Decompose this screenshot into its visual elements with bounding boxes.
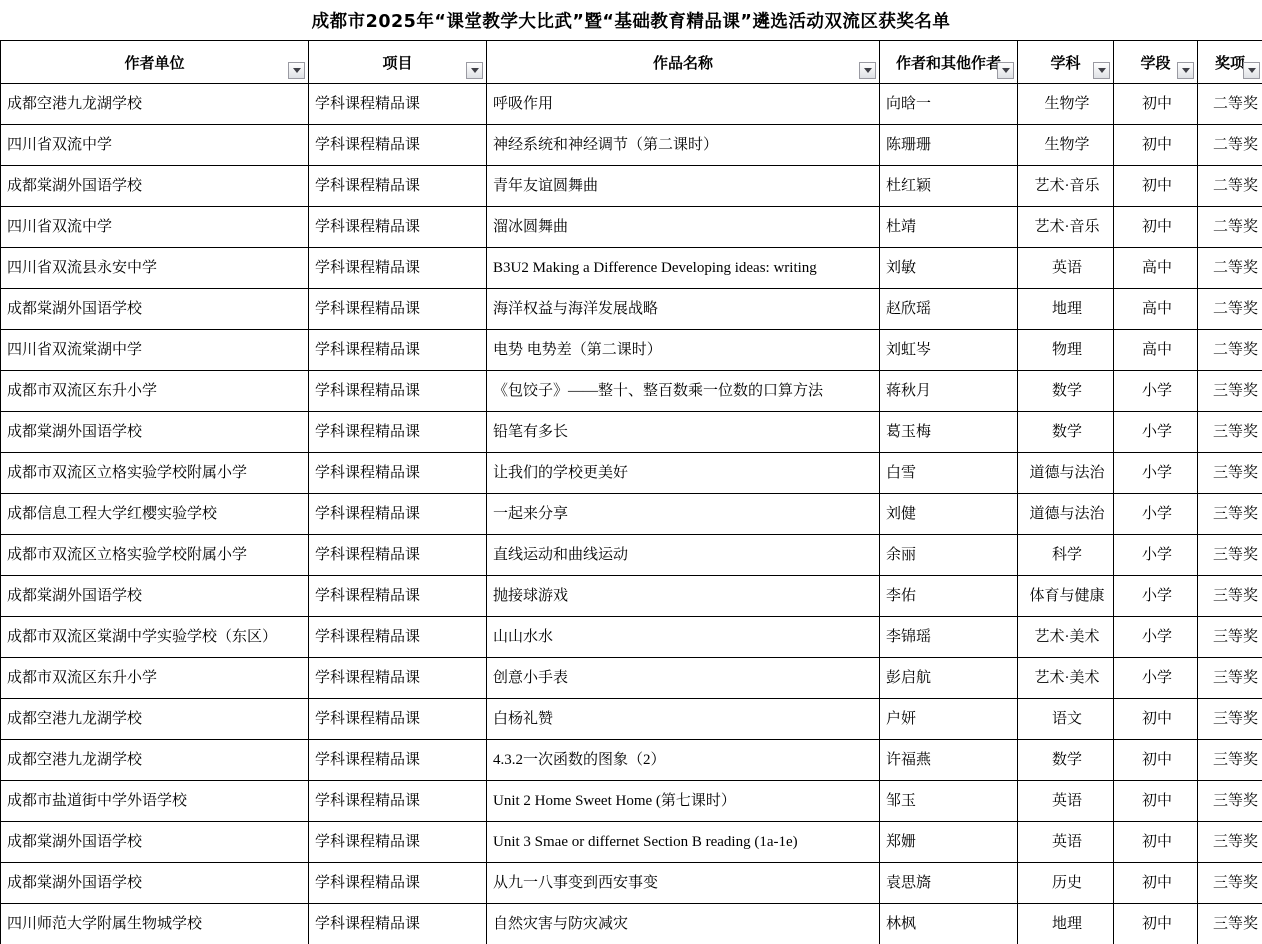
cell-stage[interactable]: 小学 bbox=[1114, 412, 1198, 453]
cell-subject[interactable]: 地理 bbox=[1018, 904, 1114, 944]
cell-project[interactable]: 学科课程精品课 bbox=[309, 576, 487, 617]
cell-author-unit[interactable]: 四川省双流棠湖中学 bbox=[1, 330, 309, 371]
cell-authors[interactable]: 葛玉梅 bbox=[880, 412, 1018, 453]
cell-award[interactable]: 三等奖 bbox=[1198, 535, 1262, 576]
awards-table: 作者单位 项目 作品名称 作者和其他作者 学科 bbox=[0, 40, 1262, 944]
cell-work-title[interactable]: B3U2 Making a Difference Developing idea… bbox=[487, 248, 880, 289]
cell-authors[interactable]: 邹玉 bbox=[880, 781, 1018, 822]
cell-project[interactable]: 学科课程精品课 bbox=[309, 248, 487, 289]
cell-work-title[interactable]: 一起来分享 bbox=[487, 494, 880, 535]
cell-author-unit[interactable]: 成都棠湖外国语学校 bbox=[1, 822, 309, 863]
cell-project[interactable]: 学科课程精品课 bbox=[309, 658, 487, 699]
cell-work-title[interactable]: Unit 2 Home Sweet Home (第七课时） bbox=[487, 781, 880, 822]
cell-subject[interactable]: 生物学 bbox=[1018, 84, 1114, 125]
cell-award[interactable]: 三等奖 bbox=[1198, 740, 1262, 781]
cell-stage[interactable]: 高中 bbox=[1114, 289, 1198, 330]
cell-stage[interactable]: 初中 bbox=[1114, 781, 1198, 822]
cell-subject[interactable]: 英语 bbox=[1018, 822, 1114, 863]
cell-author-unit[interactable]: 成都棠湖外国语学校 bbox=[1, 166, 309, 207]
cell-subject[interactable]: 物理 bbox=[1018, 330, 1114, 371]
table-row: 成都空港九龙湖学校学科课程精品课呼吸作用向晗一生物学初中二等奖 bbox=[1, 84, 1262, 125]
cell-author-unit[interactable]: 成都空港九龙湖学校 bbox=[1, 84, 309, 125]
cell-authors[interactable]: 刘敏 bbox=[880, 248, 1018, 289]
cell-award[interactable]: 二等奖 bbox=[1198, 84, 1262, 125]
cell-award[interactable]: 三等奖 bbox=[1198, 371, 1262, 412]
cell-project[interactable]: 学科课程精品课 bbox=[309, 822, 487, 863]
cell-subject[interactable]: 地理 bbox=[1018, 289, 1114, 330]
cell-authors[interactable]: 彭启航 bbox=[880, 658, 1018, 699]
cell-stage[interactable]: 初中 bbox=[1114, 822, 1198, 863]
cell-project[interactable]: 学科课程精品课 bbox=[309, 494, 487, 535]
table-row: 成都市盐道街中学外语学校学科课程精品课Unit 2 Home Sweet Hom… bbox=[1, 781, 1262, 822]
table-row: 成都棠湖外国语学校学科课程精品课铅笔有多长葛玉梅数学小学三等奖 bbox=[1, 412, 1262, 453]
cell-project[interactable]: 学科课程精品课 bbox=[309, 617, 487, 658]
cell-project[interactable]: 学科课程精品课 bbox=[309, 412, 487, 453]
cell-authors[interactable]: 余丽 bbox=[880, 535, 1018, 576]
cell-award[interactable]: 三等奖 bbox=[1198, 699, 1262, 740]
cell-subject[interactable]: 历史 bbox=[1018, 863, 1114, 904]
column-header-work-title[interactable]: 作品名称 bbox=[487, 41, 880, 84]
table-row: 四川省双流中学学科课程精品课神经系统和神经调节（第二课时）陈珊珊生物学初中二等奖 bbox=[1, 125, 1262, 166]
table-row: 成都市双流区东升小学学科课程精品课创意小手表彭启航艺术·美术小学三等奖 bbox=[1, 658, 1262, 699]
cell-award[interactable]: 三等奖 bbox=[1198, 412, 1262, 453]
cell-award[interactable]: 三等奖 bbox=[1198, 453, 1262, 494]
cell-work-title[interactable]: 呼吸作用 bbox=[487, 84, 880, 125]
cell-project[interactable]: 学科课程精品课 bbox=[309, 330, 487, 371]
filter-button[interactable] bbox=[997, 62, 1014, 79]
cell-author-unit[interactable]: 成都棠湖外国语学校 bbox=[1, 289, 309, 330]
table-row: 四川省双流中学学科课程精品课溜冰圆舞曲杜靖艺术·音乐初中二等奖 bbox=[1, 207, 1262, 248]
cell-authors[interactable]: 郑姗 bbox=[880, 822, 1018, 863]
cell-author-unit[interactable]: 成都信息工程大学红樱实验学校 bbox=[1, 494, 309, 535]
cell-stage[interactable]: 初中 bbox=[1114, 207, 1198, 248]
column-header-label: 项目 bbox=[382, 54, 412, 72]
cell-work-title[interactable]: Unit 3 Smae or differnet Section B readi… bbox=[487, 822, 880, 863]
cell-subject[interactable]: 生物学 bbox=[1018, 125, 1114, 166]
column-header-label: 作者和其他作者 bbox=[896, 54, 1001, 72]
cell-subject[interactable]: 艺术·美术 bbox=[1018, 658, 1114, 699]
cell-authors[interactable]: 赵欣瑶 bbox=[880, 289, 1018, 330]
cell-stage[interactable]: 初中 bbox=[1114, 863, 1198, 904]
filter-button[interactable] bbox=[1177, 62, 1194, 79]
cell-author-unit[interactable]: 四川省双流县永安中学 bbox=[1, 248, 309, 289]
cell-subject[interactable]: 数学 bbox=[1018, 740, 1114, 781]
cell-work-title[interactable]: 青年友谊圆舞曲 bbox=[487, 166, 880, 207]
cell-work-title[interactable]: 神经系统和神经调节（第二课时） bbox=[487, 125, 880, 166]
cell-project[interactable]: 学科课程精品课 bbox=[309, 371, 487, 412]
cell-work-title[interactable]: 4.3.2一次函数的图象（2） bbox=[487, 740, 880, 781]
cell-authors[interactable]: 李锦瑶 bbox=[880, 617, 1018, 658]
cell-work-title[interactable]: 电势 电势差（第二课时） bbox=[487, 330, 880, 371]
table-row: 成都市双流区立格实验学校附属小学学科课程精品课让我们的学校更美好白雪道德与法治小… bbox=[1, 453, 1262, 494]
cell-stage[interactable]: 小学 bbox=[1114, 371, 1198, 412]
filter-button[interactable] bbox=[1243, 62, 1260, 79]
cell-authors[interactable]: 刘虹岑 bbox=[880, 330, 1018, 371]
cell-project[interactable]: 学科课程精品课 bbox=[309, 699, 487, 740]
column-header-label: 作者单位 bbox=[124, 54, 184, 72]
table-row: 成都市双流区棠湖中学实验学校（东区）学科课程精品课山山水水李锦瑶艺术·美术小学三… bbox=[1, 617, 1262, 658]
filter-dropdown-icon bbox=[1248, 68, 1256, 73]
cell-stage[interactable]: 初中 bbox=[1114, 125, 1198, 166]
cell-author-unit[interactable]: 成都空港九龙湖学校 bbox=[1, 699, 309, 740]
cell-work-title[interactable]: 海洋权益与海洋发展战略 bbox=[487, 289, 880, 330]
cell-award[interactable]: 三等奖 bbox=[1198, 658, 1262, 699]
cell-subject[interactable]: 英语 bbox=[1018, 248, 1114, 289]
filter-button[interactable] bbox=[1093, 62, 1110, 79]
cell-authors[interactable]: 户妍 bbox=[880, 699, 1018, 740]
cell-work-title[interactable]: 铅笔有多长 bbox=[487, 412, 880, 453]
filter-dropdown-icon bbox=[1002, 68, 1010, 73]
cell-subject[interactable]: 艺术·音乐 bbox=[1018, 166, 1114, 207]
cell-award[interactable]: 三等奖 bbox=[1198, 617, 1262, 658]
column-header-label: 奖项 bbox=[1215, 54, 1245, 72]
cell-stage[interactable]: 初中 bbox=[1114, 740, 1198, 781]
cell-subject[interactable]: 科学 bbox=[1018, 535, 1114, 576]
table-row: 四川省双流棠湖中学学科课程精品课电势 电势差（第二课时）刘虹岑物理高中二等奖 bbox=[1, 330, 1262, 371]
cell-authors[interactable]: 林枫 bbox=[880, 904, 1018, 944]
cell-project[interactable]: 学科课程精品课 bbox=[309, 207, 487, 248]
cell-author-unit[interactable]: 成都市双流区棠湖中学实验学校（东区） bbox=[1, 617, 309, 658]
cell-authors[interactable]: 杜红颖 bbox=[880, 166, 1018, 207]
cell-subject[interactable]: 数学 bbox=[1018, 371, 1114, 412]
table-row: 成都市双流区立格实验学校附属小学学科课程精品课直线运动和曲线运动余丽科学小学三等… bbox=[1, 535, 1262, 576]
cell-project[interactable]: 学科课程精品课 bbox=[309, 84, 487, 125]
cell-award[interactable]: 三等奖 bbox=[1198, 863, 1262, 904]
table-row: 四川师范大学附属生物城学校学科课程精品课自然灾害与防灾减灾林枫地理初中三等奖 bbox=[1, 904, 1262, 944]
cell-award[interactable]: 三等奖 bbox=[1198, 781, 1262, 822]
cell-work-title[interactable]: 从九一八事变到西安事变 bbox=[487, 863, 880, 904]
cell-work-title[interactable]: 让我们的学校更美好 bbox=[487, 453, 880, 494]
cell-award[interactable]: 二等奖 bbox=[1198, 166, 1262, 207]
cell-stage[interactable]: 高中 bbox=[1114, 248, 1198, 289]
cell-author-unit[interactable]: 成都棠湖外国语学校 bbox=[1, 576, 309, 617]
filter-button[interactable] bbox=[859, 62, 876, 79]
cell-author-unit[interactable]: 四川师范大学附属生物城学校 bbox=[1, 904, 309, 944]
cell-subject[interactable]: 道德与法治 bbox=[1018, 453, 1114, 494]
cell-work-title[interactable]: 自然灾害与防灾减灾 bbox=[487, 904, 880, 944]
table-row: 成都棠湖外国语学校学科课程精品课Unit 3 Smae or differnet… bbox=[1, 822, 1262, 863]
cell-author-unit[interactable]: 成都空港九龙湖学校 bbox=[1, 740, 309, 781]
cell-work-title[interactable]: 白杨礼赞 bbox=[487, 699, 880, 740]
cell-stage[interactable]: 小学 bbox=[1114, 576, 1198, 617]
cell-project[interactable]: 学科课程精品课 bbox=[309, 453, 487, 494]
cell-stage[interactable]: 小学 bbox=[1114, 535, 1198, 576]
column-header-label: 学科 bbox=[1050, 54, 1080, 72]
filter-dropdown-icon bbox=[864, 68, 872, 73]
cell-award[interactable]: 二等奖 bbox=[1198, 125, 1262, 166]
table-row: 成都市双流区东升小学学科课程精品课《包饺子》——整十、整百数乘一位数的口算方法蒋… bbox=[1, 371, 1262, 412]
cell-author-unit[interactable]: 成都棠湖外国语学校 bbox=[1, 863, 309, 904]
cell-authors[interactable]: 许福燕 bbox=[880, 740, 1018, 781]
table-row: 成都棠湖外国语学校学科课程精品课海洋权益与海洋发展战略赵欣瑶地理高中二等奖 bbox=[1, 289, 1262, 330]
cell-author-unit[interactable]: 四川省双流中学 bbox=[1, 125, 309, 166]
cell-stage[interactable]: 高中 bbox=[1114, 330, 1198, 371]
column-header-author-unit[interactable]: 作者单位 bbox=[1, 41, 309, 84]
cell-authors[interactable]: 陈珊珊 bbox=[880, 125, 1018, 166]
cell-authors[interactable]: 袁思旖 bbox=[880, 863, 1018, 904]
cell-stage[interactable]: 小学 bbox=[1114, 494, 1198, 535]
cell-project[interactable]: 学科课程精品课 bbox=[309, 740, 487, 781]
table-row: 成都棠湖外国语学校学科课程精品课青年友谊圆舞曲杜红颖艺术·音乐初中二等奖 bbox=[1, 166, 1262, 207]
cell-award[interactable]: 三等奖 bbox=[1198, 822, 1262, 863]
cell-author-unit[interactable]: 成都市双流区东升小学 bbox=[1, 371, 309, 412]
spreadsheet: 成都市2025年“课堂教学大比武”暨“基础教育精品课”遴选活动双流区获奖名单 作… bbox=[0, 0, 1262, 944]
cell-project[interactable]: 学科课程精品课 bbox=[309, 289, 487, 330]
cell-award[interactable]: 二等奖 bbox=[1198, 248, 1262, 289]
column-header-subject[interactable]: 学科 bbox=[1018, 41, 1114, 84]
column-header-label: 作品名称 bbox=[653, 54, 713, 72]
cell-authors[interactable]: 蒋秋月 bbox=[880, 371, 1018, 412]
header-row: 作者单位 项目 作品名称 作者和其他作者 学科 bbox=[1, 41, 1262, 84]
cell-project[interactable]: 学科课程精品课 bbox=[309, 535, 487, 576]
cell-award[interactable]: 三等奖 bbox=[1198, 904, 1262, 944]
cell-project[interactable]: 学科课程精品课 bbox=[309, 166, 487, 207]
table-row: 成都空港九龙湖学校学科课程精品课白杨礼赞户妍语文初中三等奖 bbox=[1, 699, 1262, 740]
cell-author-unit[interactable]: 成都市双流区立格实验学校附属小学 bbox=[1, 453, 309, 494]
cell-work-title[interactable]: 抛接球游戏 bbox=[487, 576, 880, 617]
filter-dropdown-icon bbox=[1182, 68, 1190, 73]
cell-authors[interactable]: 刘健 bbox=[880, 494, 1018, 535]
cell-work-title[interactable]: 山山水水 bbox=[487, 617, 880, 658]
cell-author-unit[interactable]: 成都市双流区东升小学 bbox=[1, 658, 309, 699]
table-row: 成都空港九龙湖学校学科课程精品课4.3.2一次函数的图象（2）许福燕数学初中三等… bbox=[1, 740, 1262, 781]
cell-subject[interactable]: 艺术·美术 bbox=[1018, 617, 1114, 658]
cell-award[interactable]: 二等奖 bbox=[1198, 289, 1262, 330]
cell-award[interactable]: 二等奖 bbox=[1198, 207, 1262, 248]
cell-project[interactable]: 学科课程精品课 bbox=[309, 863, 487, 904]
cell-work-title[interactable]: 直线运动和曲线运动 bbox=[487, 535, 880, 576]
cell-subject[interactable]: 数学 bbox=[1018, 412, 1114, 453]
filter-button[interactable] bbox=[466, 62, 483, 79]
cell-subject[interactable]: 道德与法治 bbox=[1018, 494, 1114, 535]
cell-project[interactable]: 学科课程精品课 bbox=[309, 125, 487, 166]
table-row: 四川省双流县永安中学学科课程精品课B3U2 Making a Differenc… bbox=[1, 248, 1262, 289]
filter-dropdown-icon bbox=[1098, 68, 1106, 73]
cell-author-unit[interactable]: 成都市双流区立格实验学校附属小学 bbox=[1, 535, 309, 576]
cell-stage[interactable]: 初中 bbox=[1114, 904, 1198, 944]
cell-project[interactable]: 学科课程精品课 bbox=[309, 904, 487, 944]
cell-stage[interactable]: 初中 bbox=[1114, 84, 1198, 125]
cell-stage[interactable]: 小学 bbox=[1114, 617, 1198, 658]
filter-dropdown-icon bbox=[471, 68, 479, 73]
table-row: 成都信息工程大学红樱实验学校学科课程精品课一起来分享刘健道德与法治小学三等奖 bbox=[1, 494, 1262, 535]
cell-project[interactable]: 学科课程精品课 bbox=[309, 781, 487, 822]
cell-stage[interactable]: 小学 bbox=[1114, 453, 1198, 494]
cell-stage[interactable]: 小学 bbox=[1114, 658, 1198, 699]
cell-authors[interactable]: 杜靖 bbox=[880, 207, 1018, 248]
column-header-label: 学段 bbox=[1140, 54, 1170, 72]
cell-authors[interactable]: 向晗一 bbox=[880, 84, 1018, 125]
cell-work-title[interactable]: 创意小手表 bbox=[487, 658, 880, 699]
cell-authors[interactable]: 白雪 bbox=[880, 453, 1018, 494]
cell-author-unit[interactable]: 成都市盐道街中学外语学校 bbox=[1, 781, 309, 822]
filter-button[interactable] bbox=[288, 62, 305, 79]
page-title: 成都市2025年“课堂教学大比武”暨“基础教育精品课”遴选活动双流区获奖名单 bbox=[0, 0, 1262, 40]
cell-author-unit[interactable]: 四川省双流中学 bbox=[1, 207, 309, 248]
cell-stage[interactable]: 初中 bbox=[1114, 699, 1198, 740]
cell-subject[interactable]: 艺术·音乐 bbox=[1018, 207, 1114, 248]
cell-work-title[interactable]: 溜冰圆舞曲 bbox=[487, 207, 880, 248]
cell-author-unit[interactable]: 成都棠湖外国语学校 bbox=[1, 412, 309, 453]
column-header-project[interactable]: 项目 bbox=[309, 41, 487, 84]
cell-subject[interactable]: 体育与健康 bbox=[1018, 576, 1114, 617]
cell-authors[interactable]: 李佑 bbox=[880, 576, 1018, 617]
column-header-authors[interactable]: 作者和其他作者 bbox=[880, 41, 1018, 84]
cell-award[interactable]: 三等奖 bbox=[1198, 494, 1262, 535]
cell-subject[interactable]: 英语 bbox=[1018, 781, 1114, 822]
table-row: 成都棠湖外国语学校学科课程精品课从九一八事变到西安事变袁思旖历史初中三等奖 bbox=[1, 863, 1262, 904]
cell-stage[interactable]: 初中 bbox=[1114, 166, 1198, 207]
cell-work-title[interactable]: 《包饺子》——整十、整百数乘一位数的口算方法 bbox=[487, 371, 880, 412]
table-row: 成都棠湖外国语学校学科课程精品课抛接球游戏李佑体育与健康小学三等奖 bbox=[1, 576, 1262, 617]
filter-dropdown-icon bbox=[293, 68, 301, 73]
cell-award[interactable]: 三等奖 bbox=[1198, 576, 1262, 617]
column-header-award[interactable]: 奖项 bbox=[1198, 41, 1262, 84]
column-header-stage[interactable]: 学段 bbox=[1114, 41, 1198, 84]
cell-subject[interactable]: 语文 bbox=[1018, 699, 1114, 740]
cell-award[interactable]: 二等奖 bbox=[1198, 330, 1262, 371]
